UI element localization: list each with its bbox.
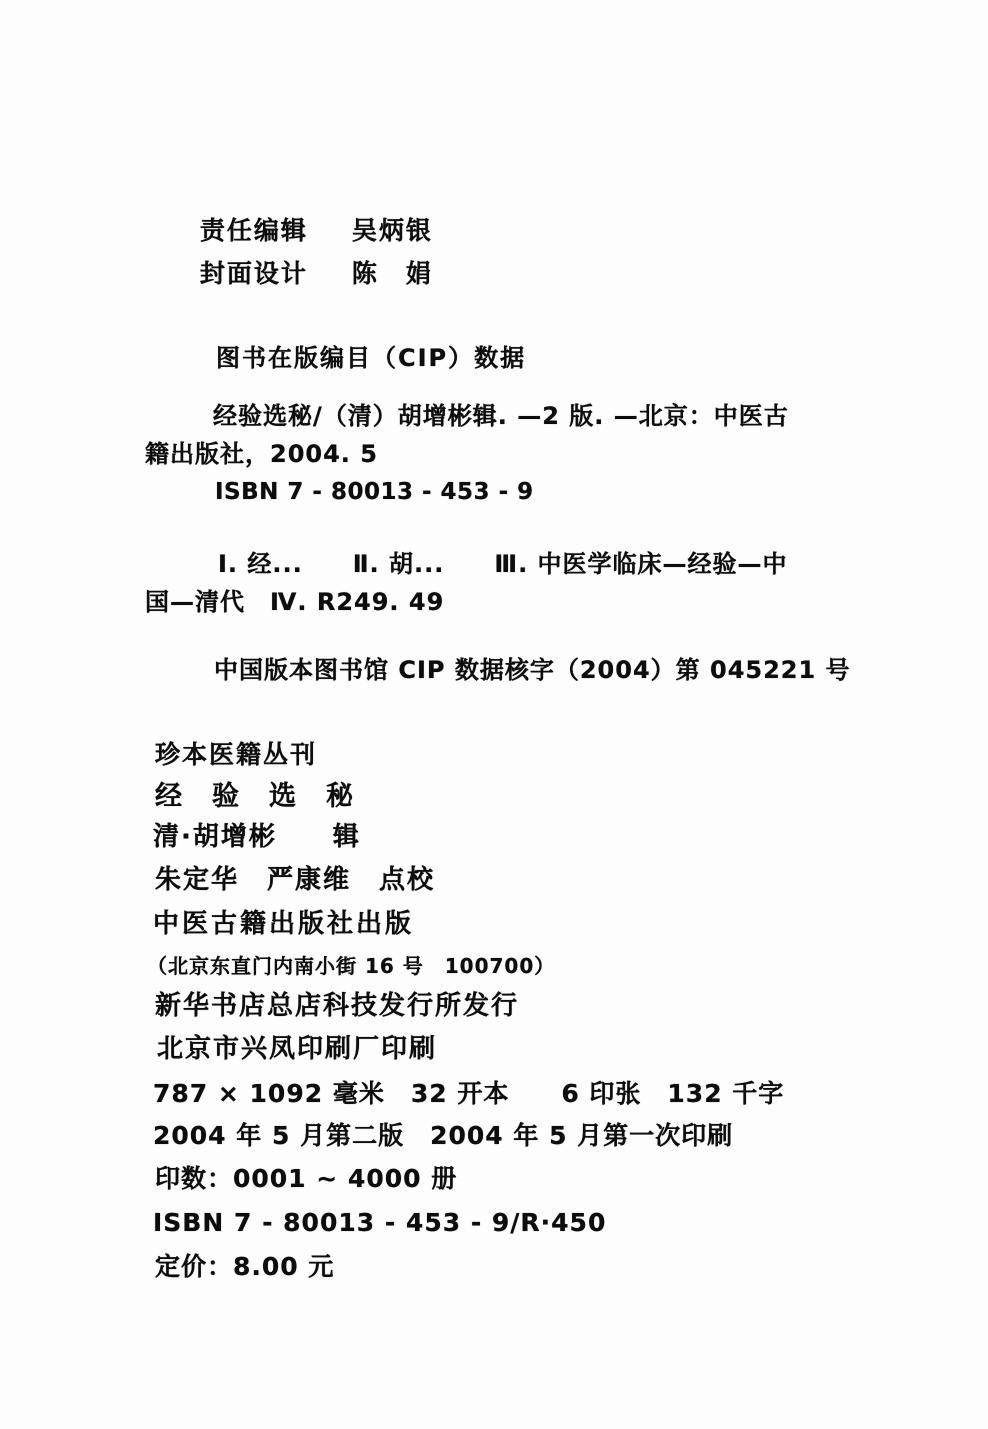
printer-line: 北京市兴凤印刷厂印刷 <box>157 1036 437 1062</box>
publisher-address: （北京东直门内南小街 16 号 100700） <box>147 956 555 976</box>
cip-classification-line-1: Ⅰ. 经... Ⅱ. 胡... Ⅲ. 中医学临床—经验—中 <box>218 552 788 576</box>
cip-classification-line-2: 国—清代 Ⅳ. R249. 49 <box>145 590 444 614</box>
cip-record-number: 中国版本图书馆 CIP 数据核字（2004）第 045221 号 <box>214 658 851 682</box>
cover-designer-label: 封面设计 <box>200 259 308 288</box>
cip-entry-line-2: 籍出版社，2004. 5 <box>145 442 378 466</box>
cip-heading: 图书在版编目（CIP）数据 <box>216 346 526 370</box>
cover-designer-row: 封面设计陈 娟 <box>157 236 433 311</box>
distributor-line: 新华书店总店科技发行所发行 <box>155 993 519 1019</box>
isbn-price-code-line: ISBN 7 - 80013 - 453 - 9/R·450 <box>153 1210 606 1235</box>
cover-designer-name: 陈 娟 <box>352 259 433 288</box>
price-line: 定价：8.00 元 <box>155 1254 334 1279</box>
series-title: 珍本医籍丛刊 <box>155 742 317 767</box>
print-run-line: 印数：0001 ~ 4000 册 <box>155 1166 457 1191</box>
proofreaders-line: 朱定华 严康维 点校 <box>155 867 435 893</box>
publisher-line: 中医古籍出版社出版 <box>153 911 414 937</box>
book-copyright-page: 责任编辑吴炳银 封面设计陈 娟 图书在版编目（CIP）数据 经验选秘/（清）胡增… <box>0 0 988 1429</box>
format-line: 787 × 1092 毫米 32 开本 6 印张 132 千字 <box>153 1081 784 1106</box>
cip-isbn: ISBN 7 - 80013 - 453 - 9 <box>215 481 534 504</box>
book-title: 经验选秘 <box>155 783 383 810</box>
edition-line: 2004 年 5 月第二版 2004 年 5 月第一次印刷 <box>153 1123 733 1148</box>
cip-entry-line-1: 经验选秘/（清）胡增彬辑. —2 版. —北京：中医古 <box>213 404 789 428</box>
author-editor-line: 清·胡增彬 辑 <box>153 824 361 850</box>
